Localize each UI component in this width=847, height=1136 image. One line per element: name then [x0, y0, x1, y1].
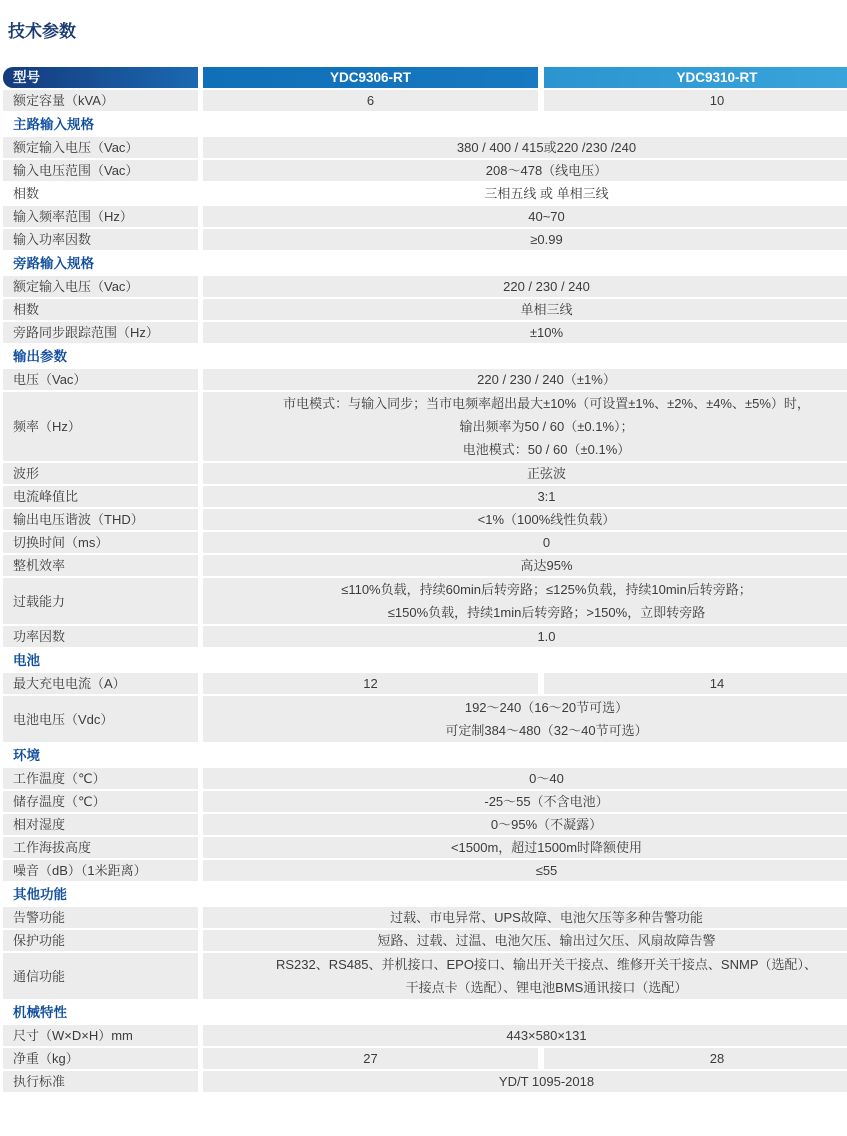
row-label: 通信功能 [3, 953, 198, 999]
row-value-line: 可定制384～480（32～40节可选） [203, 719, 847, 742]
table-row: 噪音（dB）（1米距离）≤55 [3, 860, 847, 881]
row-value: 443×580×131 [203, 1025, 847, 1046]
table-row: 输入功率因数≥0.99 [3, 229, 847, 250]
section-title: 环境 [3, 745, 847, 767]
table-row: 通信功能RS232、RS485、并机接口、EPO接口、输出开关干接点、维修开关干… [3, 953, 847, 999]
row-value-model-1: 6 [203, 90, 538, 111]
row-label: 过载能力 [3, 578, 198, 624]
row-value-line: 输出频率为50 / 60（±0.1%）； [203, 415, 847, 438]
table-row: 最大充电电流（A）1214 [3, 673, 847, 694]
table-row: 相数三相五线 或 单相三线 [3, 183, 847, 204]
section-title: 旁路输入规格 [3, 253, 847, 275]
row-label: 旁路同步跟踪范围（Hz） [3, 322, 198, 343]
row-label: 电池电压（Vdc） [3, 696, 198, 742]
row-value: 单相三线 [203, 299, 847, 320]
table-row: 尺寸（W×D×H）mm443×580×131 [3, 1025, 847, 1046]
row-value: ±10% [203, 322, 847, 343]
row-value: 过载、市电异常、UPS故障、电池欠压等多种告警功能 [203, 907, 847, 928]
row-value: 220 / 230 / 240（±1%） [203, 369, 847, 390]
row-label: 告警功能 [3, 907, 198, 928]
row-value: ≥0.99 [203, 229, 847, 250]
row-label: 额定输入电压（Vac） [3, 276, 198, 297]
table-row: 过载能力≤110%负载，持续60min后转旁路；≤125%负载，持续10min后… [3, 578, 847, 624]
table-row: 功率因数1.0 [3, 626, 847, 647]
header-model-label: 型号 [3, 67, 198, 88]
row-label: 相数 [3, 183, 198, 204]
row-label: 整机效率 [3, 555, 198, 576]
row-value-model-2: 14 [544, 673, 847, 694]
row-value: 0～95%（不凝露） [203, 814, 847, 835]
row-label: 切换时间（ms） [3, 532, 198, 553]
row-label: 额定容量（kVA） [3, 90, 198, 111]
row-label: 电流峰值比 [3, 486, 198, 507]
table-row: 输出电压谐波（THD）<1%（100%线性负载） [3, 509, 847, 530]
row-value: 正弦波 [203, 463, 847, 484]
row-value: RS232、RS485、并机接口、EPO接口、输出开关干接点、维修开关干接点、S… [203, 953, 847, 999]
row-value: 380 / 400 / 415或220 /230 /240 [203, 137, 847, 158]
table-row: 额定输入电压（Vac）380 / 400 / 415或220 /230 /240 [3, 137, 847, 158]
table-row: 电压（Vac）220 / 230 / 240（±1%） [3, 369, 847, 390]
row-value: 短路、过载、过温、电池欠压、输出过欠压、风扇故障告警 [203, 930, 847, 951]
row-value-line: RS232、RS485、并机接口、EPO接口、输出开关干接点、维修开关干接点、S… [203, 953, 847, 976]
row-value-model-1: 27 [203, 1048, 538, 1069]
row-label: 波形 [3, 463, 198, 484]
section-title: 机械特性 [3, 1002, 847, 1024]
row-label: 电压（Vac） [3, 369, 198, 390]
row-value: 0 [203, 532, 847, 553]
row-value: 3:1 [203, 486, 847, 507]
section-title: 电池 [3, 650, 847, 672]
row-value-model-1: 12 [203, 673, 538, 694]
table-body: 额定容量（kVA）610主路输入规格额定输入电压（Vac）380 / 400 /… [0, 90, 847, 1092]
row-label: 噪音（dB）（1米距离） [3, 860, 198, 881]
row-value-line: ≤150%负载，持续1min后转旁路；>150%，立即转旁路 [203, 601, 847, 624]
row-label: 储存温度（℃） [3, 791, 198, 812]
section-title: 其他功能 [3, 884, 847, 906]
row-label: 净重（kg） [3, 1048, 198, 1069]
row-value-line: 192～240（16～20节可选） [203, 696, 847, 719]
table-row: 额定输入电压（Vac）220 / 230 / 240 [3, 276, 847, 297]
header-model-1: YDC9306-RT [203, 67, 538, 88]
table-row: 工作海拔高度<1500m，超过1500m时降额使用 [3, 837, 847, 858]
table-row: 旁路同步跟踪范围（Hz）±10% [3, 322, 847, 343]
row-label: 输入频率范围（Hz） [3, 206, 198, 227]
row-value: 0～40 [203, 768, 847, 789]
row-label: 工作海拔高度 [3, 837, 198, 858]
table-row: 净重（kg）2728 [3, 1048, 847, 1069]
row-label: 输出电压谐波（THD） [3, 509, 198, 530]
row-value: 40~70 [203, 206, 847, 227]
row-value: 192～240（16～20节可选）可定制384～480（32～40节可选） [203, 696, 847, 742]
row-value: ≤110%负载，持续60min后转旁路；≤125%负载，持续10min后转旁路；… [203, 578, 847, 624]
row-value: 三相五线 或 单相三线 [203, 183, 847, 204]
row-value: ≤55 [203, 860, 847, 881]
row-value: 1.0 [203, 626, 847, 647]
row-value: 高达95% [203, 555, 847, 576]
row-value-line: 市电模式：与输入同步；当市电频率超出最大±10%（可设置±1%、±2%、±4%、… [203, 392, 847, 415]
table-row: 相数单相三线 [3, 299, 847, 320]
section-title: 主路输入规格 [3, 114, 847, 136]
row-label: 相数 [3, 299, 198, 320]
row-label: 保护功能 [3, 930, 198, 951]
row-value: -25～55（不含电池） [203, 791, 847, 812]
table-row: 输入电压范围（Vac）208～478（线电压） [3, 160, 847, 181]
row-value: 市电模式：与输入同步；当市电频率超出最大±10%（可设置±1%、±2%、±4%、… [203, 392, 847, 461]
row-value: <1500m，超过1500m时降额使用 [203, 837, 847, 858]
table-row: 额定容量（kVA）610 [3, 90, 847, 111]
page-title: 技术参数 [8, 22, 847, 42]
table-row: 保护功能短路、过载、过温、电池欠压、输出过欠压、风扇故障告警 [3, 930, 847, 951]
row-label: 相对湿度 [3, 814, 198, 835]
table-row: 切换时间（ms）0 [3, 532, 847, 553]
row-value: <1%（100%线性负载） [203, 509, 847, 530]
row-label: 功率因数 [3, 626, 198, 647]
row-value-model-2: 10 [544, 90, 847, 111]
table-row: 整机效率高达95% [3, 555, 847, 576]
row-value: 220 / 230 / 240 [203, 276, 847, 297]
table-row: 电流峰值比3:1 [3, 486, 847, 507]
table-row: 输入频率范围（Hz）40~70 [3, 206, 847, 227]
row-value-line: ≤110%负载，持续60min后转旁路；≤125%负载，持续10min后转旁路； [203, 578, 847, 601]
table-row: 电池电压（Vdc）192～240（16～20节可选）可定制384～480（32～… [3, 696, 847, 742]
row-label: 最大充电电流（A） [3, 673, 198, 694]
table-header-row: 型号 YDC9306-RT YDC9310-RT [3, 67, 847, 88]
row-label: 执行标准 [3, 1071, 198, 1092]
table-row: 告警功能过载、市电异常、UPS故障、电池欠压等多种告警功能 [3, 907, 847, 928]
row-label: 额定输入电压（Vac） [3, 137, 198, 158]
table-row: 波形正弦波 [3, 463, 847, 484]
row-value: YD/T 1095-2018 [203, 1071, 847, 1092]
section-title: 输出参数 [3, 346, 847, 368]
table-row: 执行标准YD/T 1095-2018 [3, 1071, 847, 1092]
row-value-model-2: 28 [544, 1048, 847, 1069]
row-label: 输入功率因数 [3, 229, 198, 250]
spec-sheet-page: 技术参数 型号 YDC9306-RT YDC9310-RT 额定容量（kVA）6… [0, 0, 847, 1094]
row-label: 频率（Hz） [3, 392, 198, 461]
row-value-line: 电池模式：50 / 60（±0.1%） [203, 438, 847, 461]
row-value-line: 干接点卡（选配）、锂电池BMS通讯接口（选配） [203, 976, 847, 999]
table-row: 工作温度（℃）0～40 [3, 768, 847, 789]
row-value: 208～478（线电压） [203, 160, 847, 181]
table-row: 相对湿度0～95%（不凝露） [3, 814, 847, 835]
spec-table: 型号 YDC9306-RT YDC9310-RT 额定容量（kVA）610主路输… [0, 67, 847, 1092]
row-label: 输入电压范围（Vac） [3, 160, 198, 181]
header-model-2: YDC9310-RT [544, 67, 847, 88]
table-row: 频率（Hz）市电模式：与输入同步；当市电频率超出最大±10%（可设置±1%、±2… [3, 392, 847, 461]
table-row: 储存温度（℃）-25～55（不含电池） [3, 791, 847, 812]
row-label: 工作温度（℃） [3, 768, 198, 789]
row-label: 尺寸（W×D×H）mm [3, 1025, 198, 1046]
